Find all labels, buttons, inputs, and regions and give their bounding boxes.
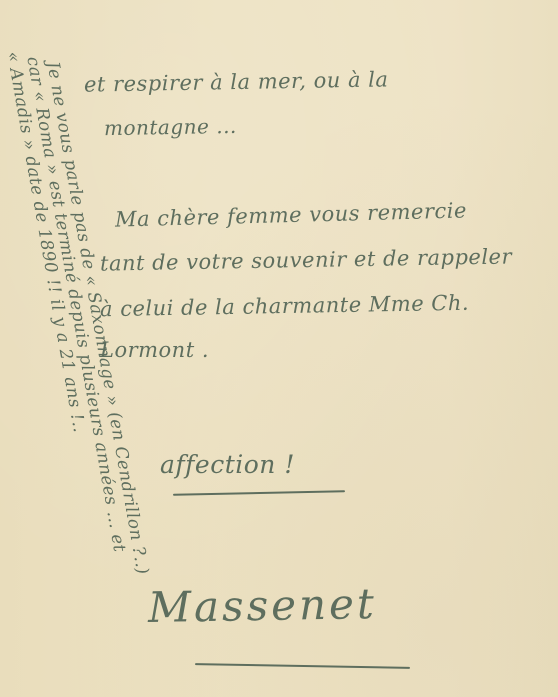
closing-salutation: affection !	[160, 452, 295, 477]
letter-page: et respirer à la mer, ou à la montagne .…	[0, 0, 558, 697]
body-line: tant de votre souvenir et de rappeler	[100, 246, 512, 274]
closing-underline	[173, 490, 345, 496]
body-line: montagne ...	[104, 116, 237, 138]
body-line: Ma chère femme vous remercie	[115, 200, 467, 230]
body-line: et respirer à la mer, ou à la	[84, 69, 389, 95]
body-line: à celui de la charmante Mme Ch.	[100, 293, 469, 320]
body-line: Lormont .	[100, 340, 209, 361]
signature-flourish	[195, 663, 410, 669]
signature: Massenet	[148, 583, 377, 629]
